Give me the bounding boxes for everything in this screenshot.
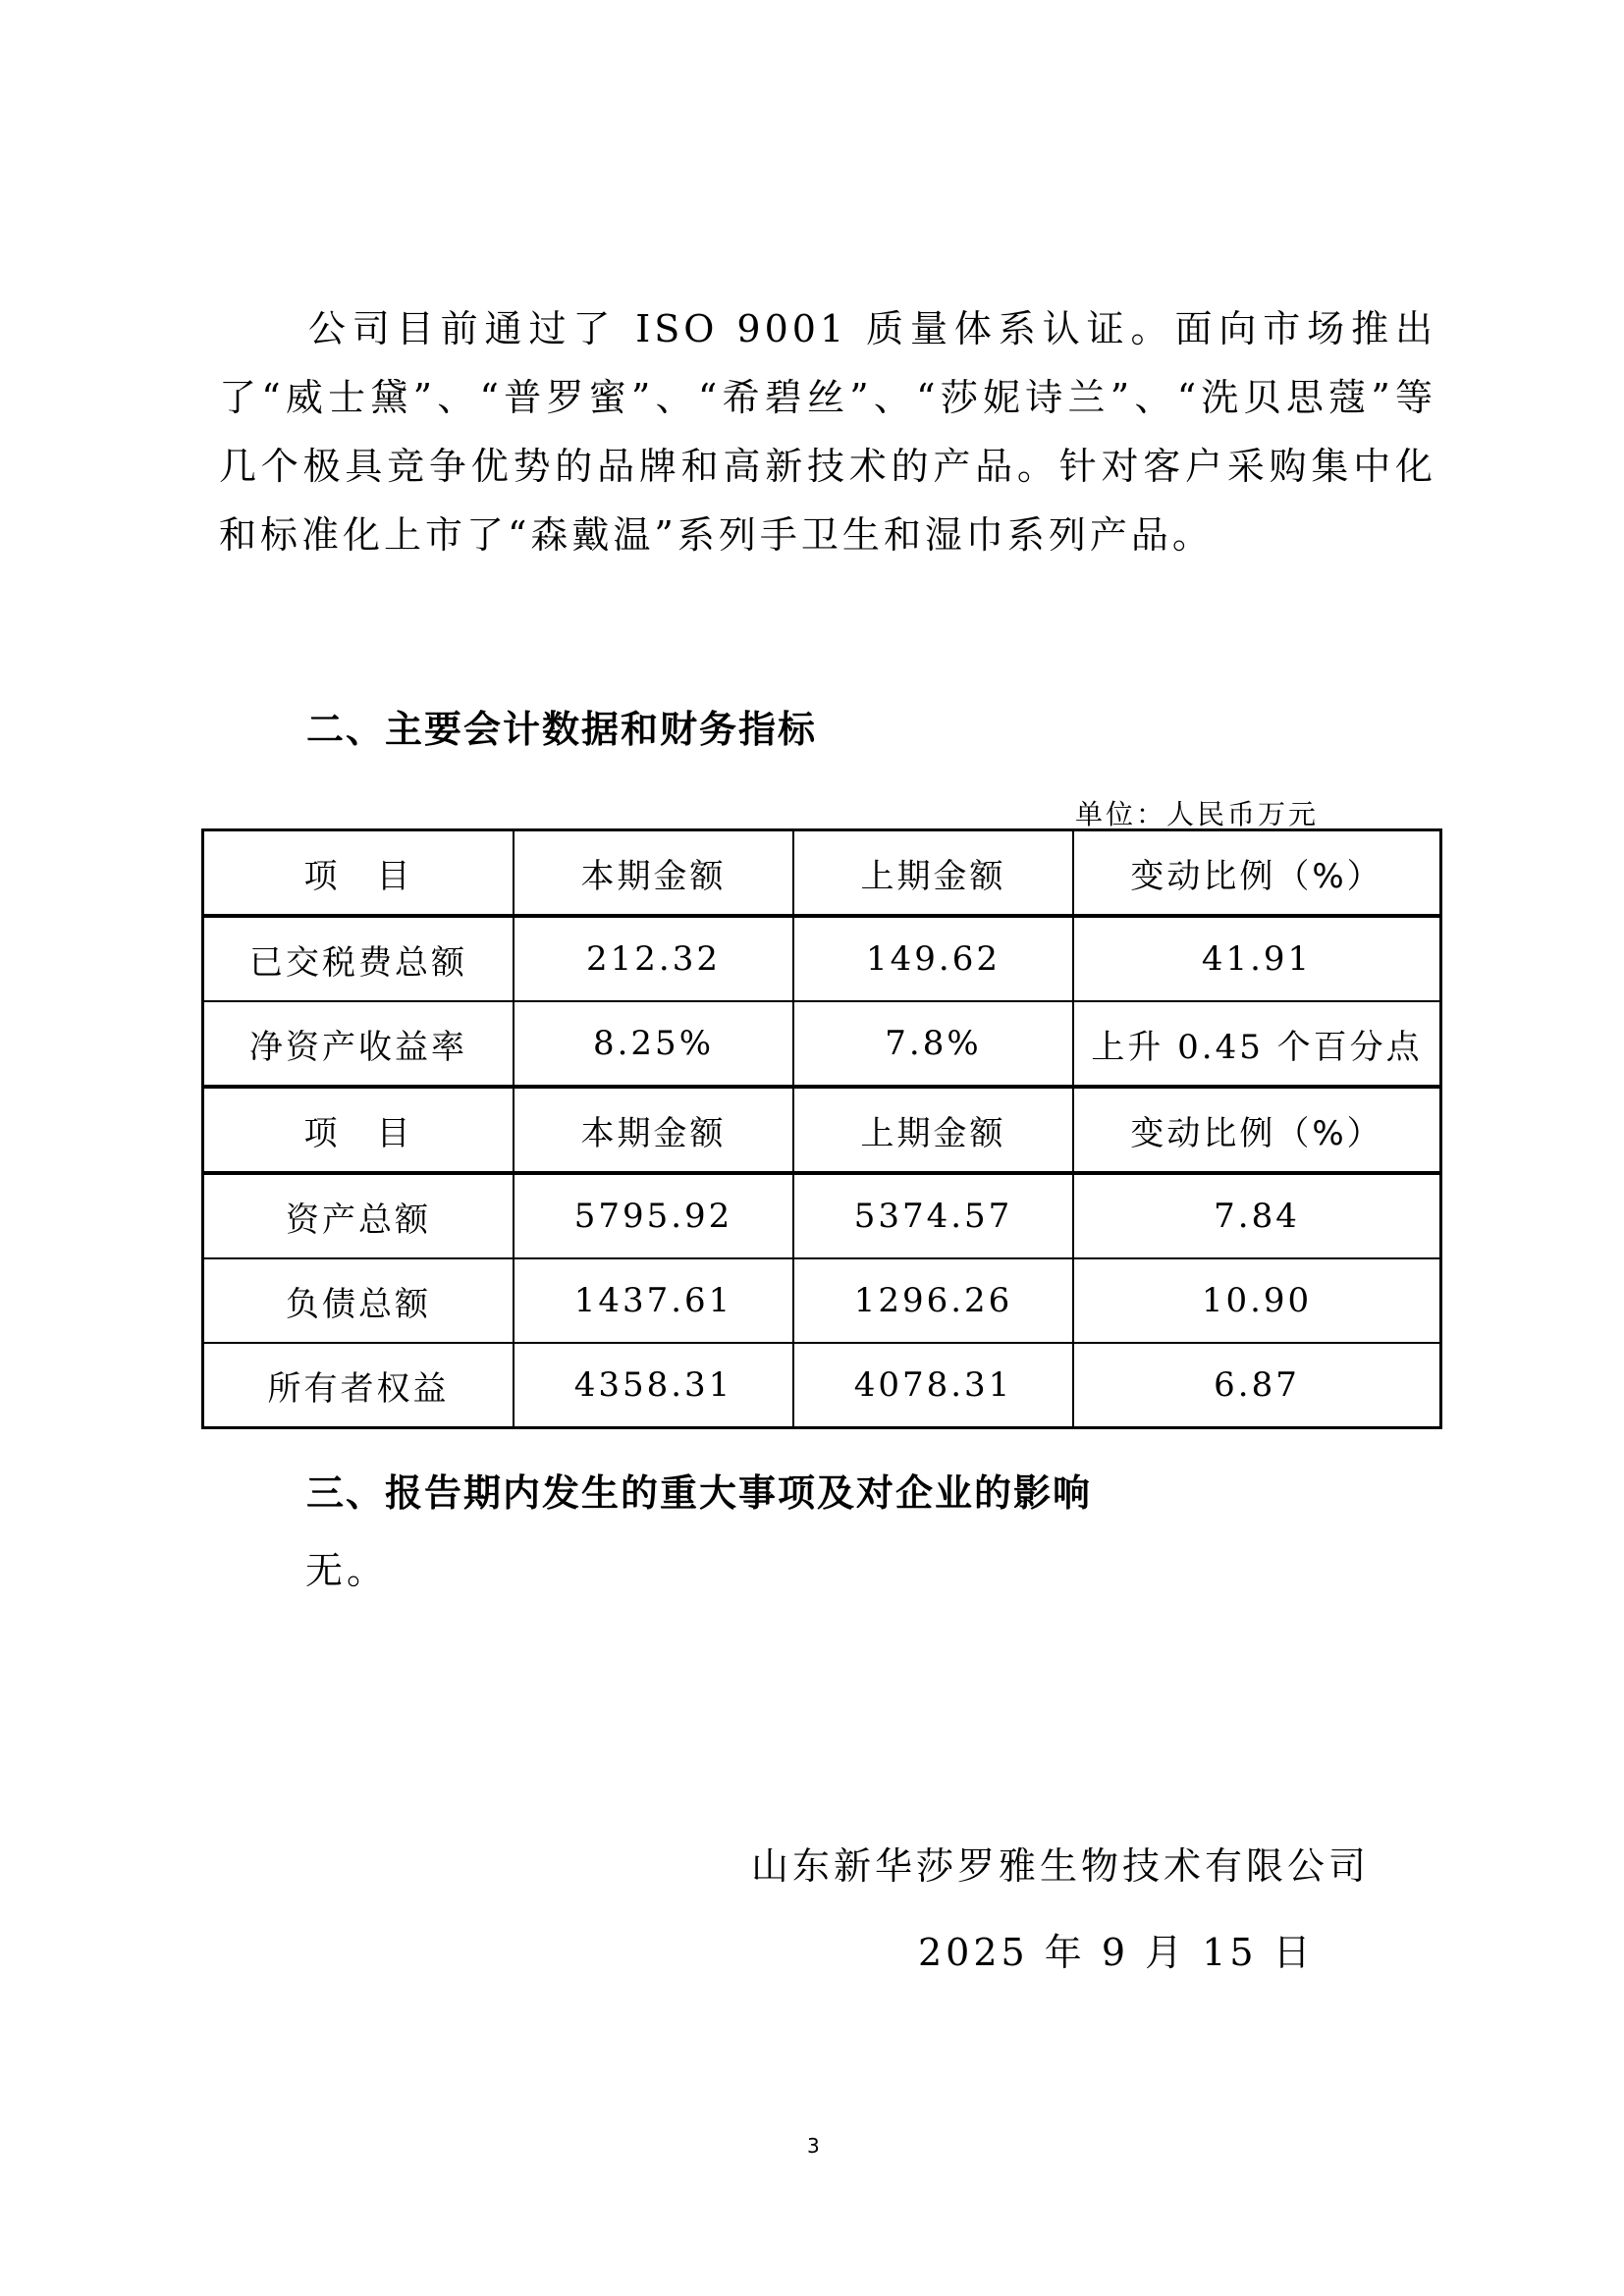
cell-change: 41.91 [1073, 916, 1441, 1001]
cell-previous: 149.62 [793, 916, 1073, 1001]
cell-previous: 7.8% [793, 1001, 1073, 1087]
company-signature: 山东新华莎罗雅生物技术有限公司 [751, 1836, 1370, 1890]
cell-current: 8.25% [514, 1001, 793, 1087]
cell-item: 资产总额 [203, 1173, 514, 1258]
signature-date: 2025 年 9 月 15 日 [918, 1922, 1315, 1976]
header-current: 本期金额 [514, 830, 793, 917]
cell-current: 212.32 [514, 916, 793, 1001]
section-3-heading: 三、报告期内发生的重大事项及对企业的影响 [306, 1463, 1092, 1517]
table-row: 负债总额 1437.61 1296.26 10.90 [203, 1258, 1441, 1343]
table-header-row: 项 目 本期金额 上期金额 变动比例（%） [203, 830, 1441, 917]
cell-change: 10.90 [1073, 1258, 1441, 1343]
cell-previous: 1296.26 [793, 1258, 1073, 1343]
cell-item: 负债总额 [203, 1258, 514, 1343]
header-current: 本期金额 [514, 1087, 793, 1173]
table-row: 已交税费总额 212.32 149.62 41.91 [203, 916, 1441, 1001]
header-change: 变动比例（%） [1073, 1087, 1441, 1173]
table-header-row: 项 目 本期金额 上期金额 变动比例（%） [203, 1087, 1441, 1173]
cell-item: 净资产收益率 [203, 1001, 514, 1087]
financial-table: 项 目 本期金额 上期金额 变动比例（%） 已交税费总额 212.32 149.… [201, 828, 1442, 1429]
intro-text: 公司目前通过了 ISO 9001 质量体系认证。面向市场推出了“威士黛”、“普罗… [219, 307, 1436, 557]
cell-item: 所有者权益 [203, 1343, 514, 1428]
cell-change: 上升 0.45 个百分点 [1073, 1001, 1441, 1087]
cell-current: 4358.31 [514, 1343, 793, 1428]
unit-label: 单位：人民币万元 [1075, 793, 1319, 832]
cell-change: 6.87 [1073, 1343, 1441, 1428]
table-row: 净资产收益率 8.25% 7.8% 上升 0.45 个百分点 [203, 1001, 1441, 1087]
header-change: 变动比例（%） [1073, 830, 1441, 917]
header-item: 项 目 [203, 830, 514, 917]
intro-paragraph: 公司目前通过了 ISO 9001 质量体系认证。面向市场推出了“威士黛”、“普罗… [219, 294, 1436, 569]
cell-item: 已交税费总额 [203, 916, 514, 1001]
page-number: 3 [807, 2134, 820, 2158]
cell-change: 7.84 [1073, 1173, 1441, 1258]
section-2-heading: 二、主要会计数据和财务指标 [306, 699, 817, 753]
cell-previous: 4078.31 [793, 1343, 1073, 1428]
header-previous: 上期金额 [793, 1087, 1073, 1173]
header-item: 项 目 [203, 1087, 514, 1173]
table-row: 资产总额 5795.92 5374.57 7.84 [203, 1173, 1441, 1258]
cell-current: 1437.61 [514, 1258, 793, 1343]
section-3-body: 无。 [305, 1536, 1523, 1605]
table-row: 所有者权益 4358.31 4078.31 6.87 [203, 1343, 1441, 1428]
cell-current: 5795.92 [514, 1173, 793, 1258]
header-previous: 上期金额 [793, 830, 1073, 917]
cell-previous: 5374.57 [793, 1173, 1073, 1258]
